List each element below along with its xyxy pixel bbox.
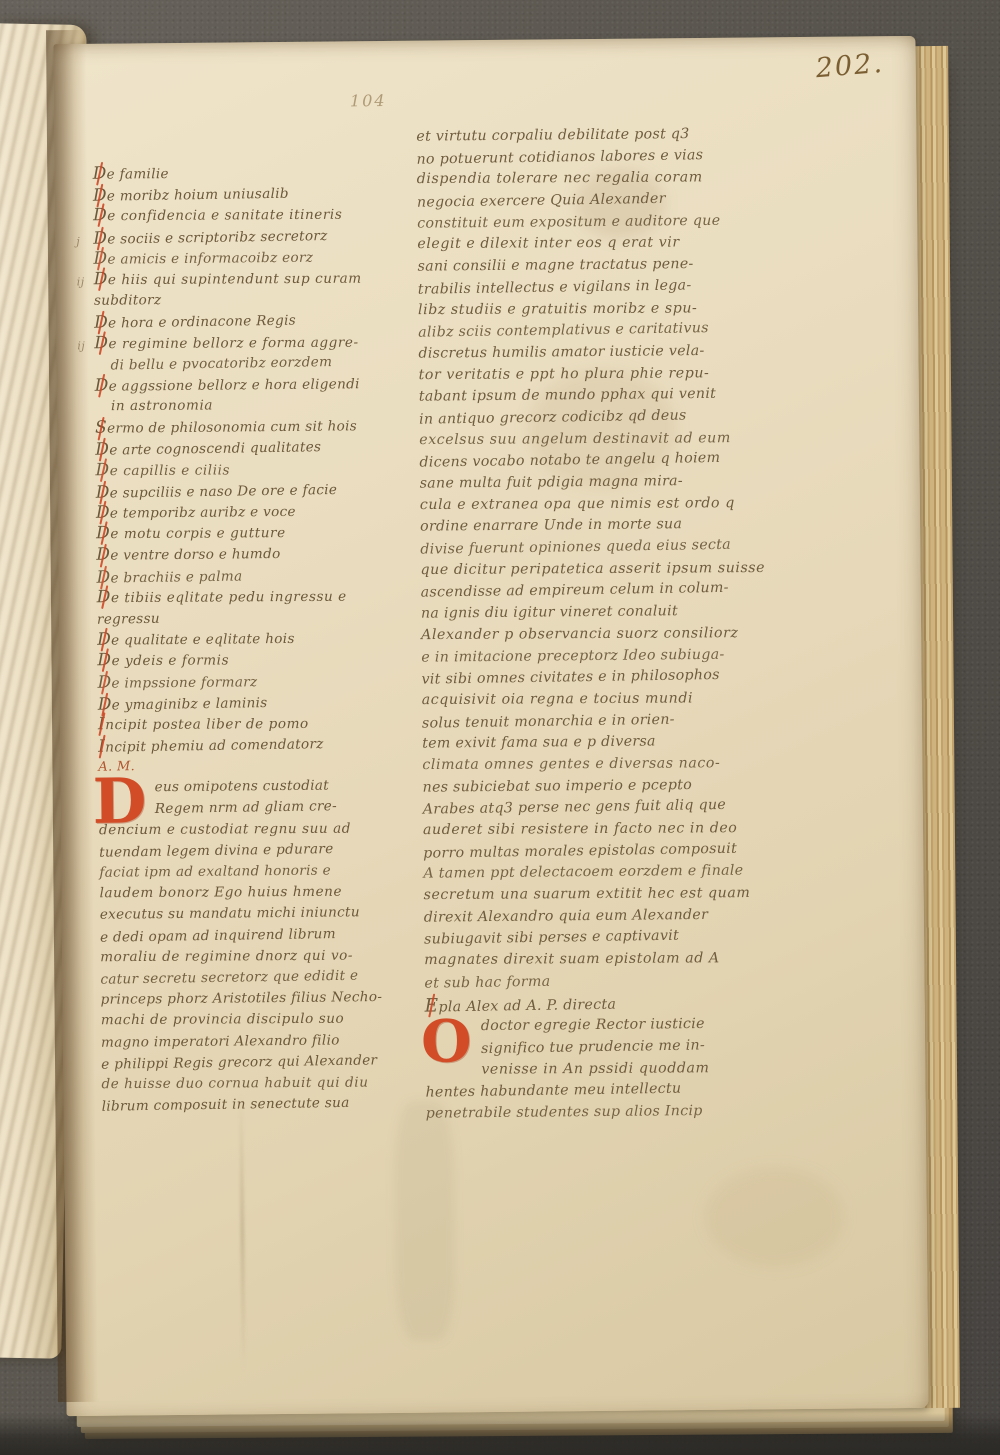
rubricated-initial: D [97, 650, 111, 671]
margin-mark: j [76, 231, 80, 252]
manuscript-page: 104 202. De familieDe moribz hoium unius… [53, 36, 928, 1416]
drop-cap-initial-o: O [421, 1012, 472, 1070]
page-number: 202. [815, 48, 885, 84]
opening-paragraph: D eus omipotens custodiatRegem nrm ad gl… [98, 775, 413, 1117]
margin-mark: ij [77, 335, 85, 356]
manuscript-line: De amicis e informacoibz eorz [93, 246, 405, 270]
manuscript-line: Regem nrm ad gliam cre- [155, 795, 411, 820]
manuscript-line: tem exivit fama sua e p diversa [422, 731, 752, 756]
manuscript-line: penetrabile studentes sup alios Incip [426, 1100, 756, 1125]
manuscript-line: in antiquo grecorz codicibz qd deus [419, 404, 749, 431]
rubricated-initial: D [95, 460, 109, 481]
rubricated-initial: D [96, 503, 110, 524]
manuscript-line: princeps phorz Aristotiles filius Necho- [101, 987, 413, 1011]
parchment-stain [394, 1100, 456, 1341]
manuscript-line: auderet sibi resistere in facto nec in d… [423, 818, 753, 842]
manuscript-line: De qualitate e eqlitate hois [97, 627, 409, 651]
margin-mark: ij [77, 271, 85, 292]
manuscript-line: sane multa fuit pdigia magna mira- [420, 471, 750, 496]
rubricated-initial: D [96, 545, 110, 566]
manuscript-line: De hora e ordinacone Regis [94, 308, 406, 334]
manuscript-line: De aggssione bellorz e hora eligendi [95, 373, 407, 397]
left-text-column: De familieDe moribz hoium uniusalibDe co… [93, 161, 414, 1117]
manuscript-line: De ydeis e formis [97, 649, 409, 672]
main-text-lines: et virtutu corpaliu debilitate post q3no… [416, 124, 754, 995]
manuscript-line: faciat ipm ad exaltand honoris e [99, 860, 411, 884]
rubricated-initial: D [94, 269, 108, 290]
bottom-shadow [0, 1413, 1000, 1455]
manuscript-line: De arte cognoscendi qualitates [95, 435, 407, 461]
manuscript-line: De motu corpis e gutture [96, 522, 408, 545]
manuscript-line: De brachiis e palma [96, 562, 408, 588]
epistle-paragraph-lines: doctor egregie Rector iusticiesignifico … [425, 1014, 756, 1126]
manuscript-line: De confidencia e sanitate itineris [93, 204, 405, 227]
manuscript-line: climata omnes gentes e diversas naco- [422, 753, 752, 777]
manuscript-line: e dedi opam ad inquirend librum [100, 922, 412, 948]
manuscript-line: A tamen ppt delectacoem eorzdem e finale [423, 861, 753, 886]
manuscript-line: na ignis diu igitur vineret conaluit [421, 601, 751, 626]
manuscript-line: significo tue prudencie me in- [481, 1035, 755, 1061]
manuscript-line: elegit e dilexit inter eos q erat vir [417, 233, 747, 257]
manuscript-line: discretus humilis amator iusticie vela- [418, 340, 748, 365]
manuscript-line: laudem bonorz Ego huius hmene [100, 882, 412, 905]
rubricated-initial: D [97, 672, 111, 693]
rubricated-initial: D [93, 206, 107, 227]
manuscript-line: De temporibz auribz e voce [96, 500, 408, 524]
contents-list: De familieDe moribz hoium uniusalibDe co… [93, 161, 411, 757]
rubricated-initial: D [96, 567, 110, 588]
rubricated-initial: D [95, 376, 109, 397]
manuscript-line: secretum una suarum extitit hec est quam [424, 883, 754, 907]
manuscript-line: acquisivit oia regna e tocius mundi [422, 688, 752, 712]
rubricated-initial: S [95, 418, 107, 439]
rubricated-initial: D [97, 587, 111, 608]
rubricated-initial: D [93, 164, 107, 185]
manuscript-line: librum composuit in senectute sua [101, 1092, 413, 1118]
rubricated-initial: D [93, 186, 107, 207]
manuscript-line: in astronomia [111, 394, 407, 417]
manuscript-line: trabilis intellectus e vigilans in lega- [418, 274, 748, 301]
folio-mark: 104 [350, 91, 387, 110]
manuscript-line: cula e extranea opa que nimis est ordo q [420, 493, 750, 517]
parchment-stain [704, 1167, 845, 1268]
rubricated-initial: D [94, 313, 108, 334]
crease-mark [240, 1092, 246, 1372]
manuscript-line: tor veritatis e ppt ho plura phie repu- [419, 363, 749, 387]
rubricated-initial: D [96, 482, 110, 503]
rubricated-initial: D [97, 630, 111, 651]
rubricated-initial: I [98, 737, 105, 758]
right-text-column: et virtutu corpaliu debilitate post q3no… [416, 124, 756, 1126]
manuscript-line: ijDe regimine bellorz e forma aggre- [94, 331, 406, 354]
manuscript-line: ijDe hiis qui supintendunt sup curam [94, 267, 406, 290]
rubricated-initial: D [94, 333, 108, 354]
epistle-paragraph: O doctor egregie Rector iusticiesignific… [425, 1014, 756, 1126]
opening-paragraph-lines: eus omipotens custodiatRegem nrm ad glia… [98, 775, 413, 1117]
manuscript-line: Alexander p observancia suorz consiliorz [421, 623, 751, 647]
rubricated-initial: D [96, 523, 110, 544]
manuscript-line: machi de provincia discipulo suo [101, 1009, 413, 1032]
rubricated-initial: I [98, 714, 105, 735]
rubricated-initial: D [95, 440, 109, 461]
epistle-heading: Epla Alex ad A. P. directa [425, 990, 755, 1017]
rubricated-initial: D [93, 248, 107, 269]
manuscript-photo: 104 202. De familieDe moribz hoium unius… [0, 0, 1000, 1455]
rubricated-initial: D [93, 228, 107, 249]
